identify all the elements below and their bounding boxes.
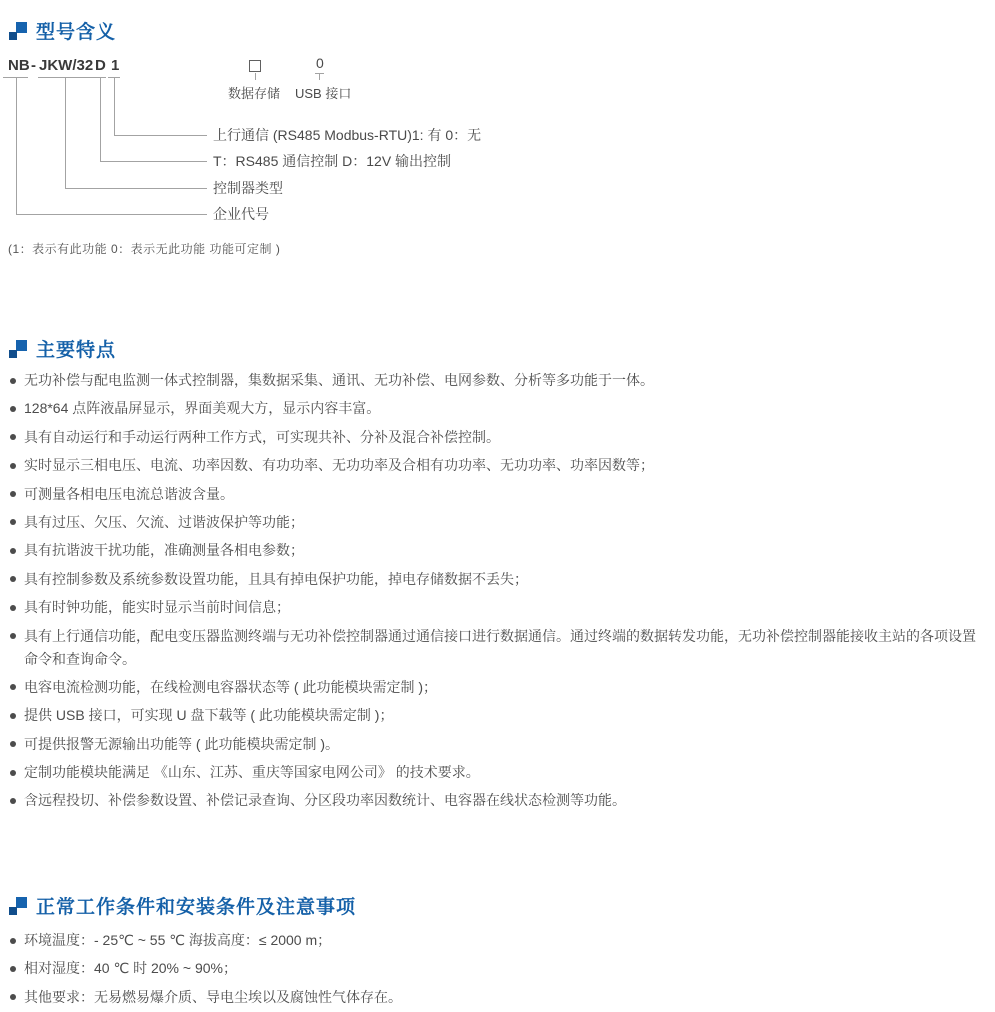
list-item: 具有控制参数及系统参数设置功能，且具有掉电保护功能，掉电存储数据不丢失； xyxy=(10,568,986,591)
bullet-dot-icon xyxy=(10,633,16,639)
features-section-header: 主要特点 xyxy=(9,335,116,362)
section-squares-icon xyxy=(9,340,27,358)
branch-label-ctrl-type: 控制器类型 xyxy=(213,179,283,197)
bullet-dot-icon xyxy=(10,684,16,690)
icon-square-large xyxy=(16,897,27,908)
bullet-dot-icon xyxy=(10,994,16,1000)
data-storage-label: 数据存储 xyxy=(228,83,280,102)
icon-square-small xyxy=(9,32,17,40)
list-item: 相对湿度：40 ℃ 时 20% ~ 90%； xyxy=(10,957,986,980)
icon-square-large xyxy=(16,22,27,33)
list-item: 可提供报警无源输出功能等 ( 此功能模块需定制 )。 xyxy=(10,733,986,756)
branch-label-upcomm: 上行通信 (RS485 Modbus-RTU)1: 有 0：无 xyxy=(213,126,481,144)
connector-line xyxy=(65,77,66,188)
model-part-type: JKW/32 xyxy=(39,57,93,74)
features-list: 无功补偿与配电监测一体式控制器，集数据采集、通讯、无功补偿、电网参数、分析等多功… xyxy=(10,369,986,818)
model-part-ctrl: D xyxy=(95,57,106,74)
section-title: 主要特点 xyxy=(36,335,116,362)
model-part-prefix: NB xyxy=(8,57,30,74)
model-note: (1：表示有此功能 0：表示无此功能 功能可定制 ) xyxy=(8,240,280,257)
list-item: 128*64 点阵液晶屏显示，界面美观大方，显示内容丰富。 xyxy=(10,397,986,420)
icon-square-small xyxy=(9,907,17,915)
bullet-dot-icon xyxy=(10,463,16,469)
branch-label-enterprise: 企业代号 xyxy=(213,205,269,223)
bullet-dot-icon xyxy=(10,770,16,776)
bullet-dot-icon xyxy=(10,519,16,525)
bullet-dot-icon xyxy=(10,741,16,747)
connector-line xyxy=(100,77,101,161)
list-item: 无功补偿与配电监测一体式控制器，集数据采集、通讯、无功补偿、电网参数、分析等多功… xyxy=(10,369,986,392)
connector-line xyxy=(114,77,115,135)
model-part-comm: 1 xyxy=(111,57,119,74)
list-item: 其他要求：无易燃易爆介质、导电尘埃以及腐蚀性气体存在。 xyxy=(10,986,986,1009)
list-item: 具有自动运行和手动运行两种工作方式，可实现共补、分补及混合补偿控制。 xyxy=(10,426,986,449)
data-storage-placeholder-box xyxy=(249,60,261,72)
bullet-dot-icon xyxy=(10,434,16,440)
list-item: 实时显示三相电压、电流、功率因数、有功功率、无功功率及合相有功功率、无功功率、功… xyxy=(10,454,986,477)
list-item: 具有抗谐波干扰功能，准确测量各相电参数； xyxy=(10,539,986,562)
icon-square-large xyxy=(16,340,27,351)
bullet-dot-icon xyxy=(10,378,16,384)
connector-line xyxy=(16,77,17,214)
section-title: 正常工作条件和安装条件及注意事项 xyxy=(36,892,356,919)
section-squares-icon xyxy=(9,897,27,915)
conditions-list: 环境温度：- 25℃ ~ 55 ℃ 海拔高度：≤ 2000 m； 相对湿度：40… xyxy=(10,929,986,1012)
branch-label-ctrl-mode: T：RS485 通信控制 D：12V 输出控制 xyxy=(213,152,451,170)
connector-line xyxy=(114,135,207,136)
connector-line xyxy=(65,188,207,189)
list-item: 定制功能模块能满足 《山东、江苏、重庆等国家电网公司》 的技术要求。 xyxy=(10,761,986,784)
list-item: 具有过压、欠压、欠流、过谐波保护等功能； xyxy=(10,511,986,534)
bullet-dot-icon xyxy=(10,548,16,554)
list-item: 具有上行通信功能，配电变压器监测终端与无功补偿控制器通过通信接口进行数据通信。通… xyxy=(10,625,986,671)
conditions-section-header: 正常工作条件和安装条件及注意事项 xyxy=(9,892,356,919)
section-title: 型号含义 xyxy=(36,17,116,44)
model-part-dash: - xyxy=(31,57,36,74)
bullet-dot-icon xyxy=(10,966,16,972)
bullet-dot-icon xyxy=(10,576,16,582)
connector-line xyxy=(319,73,320,80)
model-section-header: 型号含义 xyxy=(9,17,116,44)
bullet-dot-icon xyxy=(10,406,16,412)
list-item: 电容电流检测功能，在线检测电容器状态等 ( 此功能模块需定制 )； xyxy=(10,676,986,699)
icon-square-small xyxy=(9,350,17,358)
list-item: 可测量各相电压电流总谐波含量。 xyxy=(10,483,986,506)
usb-flag-symbol: 0 xyxy=(316,55,324,71)
list-item: 提供 USB 接口，可实现 U 盘下载等 ( 此功能模块需定制 )； xyxy=(10,704,986,727)
bullet-dot-icon xyxy=(10,491,16,497)
bullet-dot-icon xyxy=(10,605,16,611)
usb-port-label: USB 接口 xyxy=(295,83,351,102)
bullet-dot-icon xyxy=(10,713,16,719)
bullet-dot-icon xyxy=(10,798,16,804)
bullet-dot-icon xyxy=(10,938,16,944)
connector-line xyxy=(16,214,207,215)
list-item: 环境温度：- 25℃ ~ 55 ℃ 海拔高度：≤ 2000 m； xyxy=(10,929,986,952)
section-squares-icon xyxy=(9,22,27,40)
connector-line xyxy=(255,73,256,80)
list-item: 含远程投切、补偿参数设置、补偿记录查询、分区段功率因数统计、电容器在线状态检测等… xyxy=(10,789,986,812)
list-item: 具有时钟功能，能实时显示当前时间信息； xyxy=(10,596,986,619)
page: { "colors": { "accent": "#1460a8", "body… xyxy=(0,0,995,1012)
connector-line xyxy=(100,161,207,162)
